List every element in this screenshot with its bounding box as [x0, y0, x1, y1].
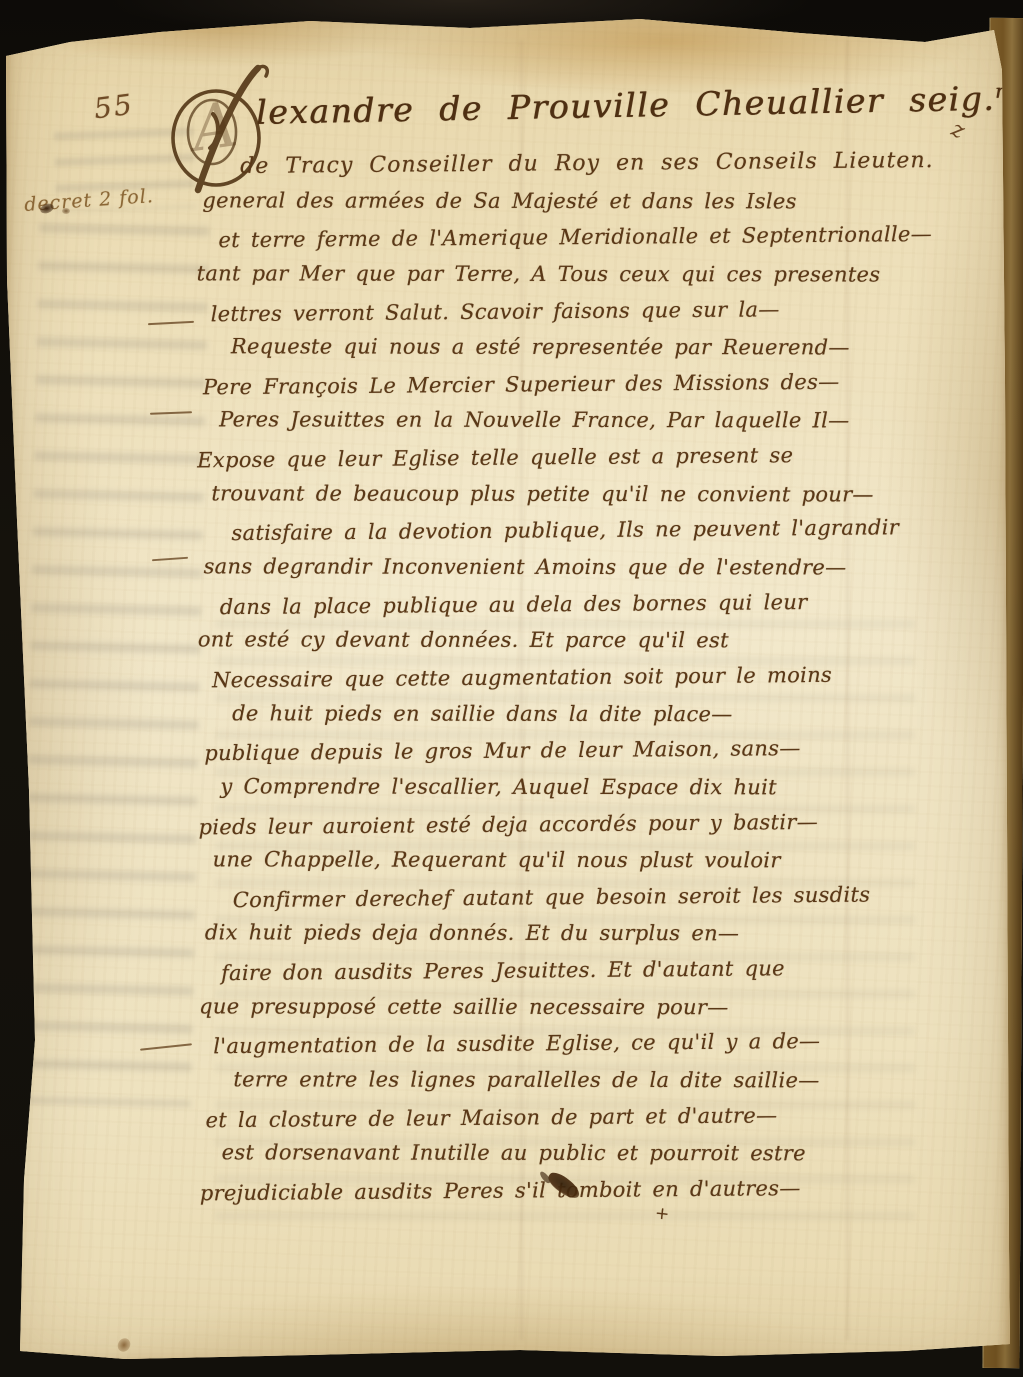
margin-stroke	[148, 321, 194, 325]
manuscript-line: de huit pieds en saillie dans la dite pl…	[232, 695, 958, 733]
manuscript-line: Confirmer derechef autant que besoin ser…	[233, 876, 959, 919]
bleed-through-text	[21, 223, 209, 1106]
manuscript-line: faire don ausdits Peres Jesuittes. Et d'…	[221, 949, 959, 992]
ink-speck	[115, 1336, 132, 1354]
manuscript-line: Pere François Le Mercier Superieur des M…	[203, 363, 957, 406]
manuscript-line: Necessaire que cette augmentation soit p…	[212, 656, 958, 699]
manuscript-line: Expose que leur Eglise telle quelle est …	[197, 436, 957, 479]
manuscript-line: dix huit pieds deja donnés. Et du surplu…	[205, 915, 959, 953]
heading-text: lexandre de Prouville Cheuallier seig.	[256, 79, 996, 132]
manuscript-line: ont esté cy devant données. Et parce qu'…	[198, 622, 958, 660]
manuscript-line: tant par Mer que par Terre, A Tous ceux …	[197, 255, 957, 293]
manuscript-line: que presupposé cette saillie necessaire …	[199, 988, 959, 1026]
manuscript-line: dans la place publique au dela des borne…	[220, 582, 958, 625]
manuscript-line: trouvant de beaucoup plus petite qu'il n…	[211, 475, 957, 513]
heading-tail-mark: z	[947, 117, 968, 145]
margin-stroke	[140, 1043, 192, 1050]
manuscript-photo: 55 A lexandre de Prouville Cheuallier se…	[0, 0, 1023, 1377]
manuscript-line: prejudiciable ausdits Peres s'il tomboit…	[200, 1169, 960, 1212]
manuscript-line: y Comprendre l'escallier, Auquel Espace …	[220, 768, 958, 806]
ink-speck	[62, 208, 70, 214]
manuscript-line: et terre ferme de l'Amerique Meridionall…	[218, 216, 956, 259]
ink-mark: +	[654, 1203, 670, 1224]
heading-line: lexandre de Prouville Cheuallier seig.r	[256, 79, 977, 132]
margin-stroke	[150, 411, 192, 414]
manuscript-line: de Tracy Conseiller du Roy en ses Consei…	[240, 143, 956, 186]
manuscript-line: Requeste qui nous a esté representée par…	[231, 329, 957, 367]
manuscript-line: l'augmentation de la susdite Eglise, ce …	[213, 1022, 959, 1065]
manuscript-line: terre entre les lignes parallelles de la…	[233, 1061, 959, 1099]
manuscript-line: est dorsenavant Inutille au public et po…	[222, 1135, 960, 1173]
margin-stroke	[152, 557, 188, 562]
manuscript-line: lettres verront Salut. Scavoir faisons q…	[211, 289, 957, 332]
manuscript-line: Peres Jesuittes en la Nouvelle France, P…	[219, 402, 957, 440]
manuscript-line: general des armées de Sa Majesté et dans…	[202, 182, 956, 220]
manuscript-line: une Chappelle, Requerant qu'il nous plus…	[213, 841, 959, 879]
manuscript-line: sans degrandir Inconvenient Amoins que d…	[204, 548, 958, 586]
manuscript-text-block: de Tracy Conseiller du Roy en ses Consei…	[194, 145, 960, 1210]
parchment-page: 55 A lexandre de Prouville Cheuallier se…	[0, 0, 1011, 1371]
manuscript-line: publique depuis le gros Mur de leur Mais…	[204, 729, 958, 772]
manuscript-line: et la closture de leur Maison de part et…	[205, 1095, 959, 1138]
manuscript-line: satisfaire a la devotion publique, Ils n…	[231, 509, 957, 552]
folio-number: 55	[92, 88, 135, 126]
manuscript-line: pieds leur auroient esté deja accordés p…	[198, 802, 958, 845]
